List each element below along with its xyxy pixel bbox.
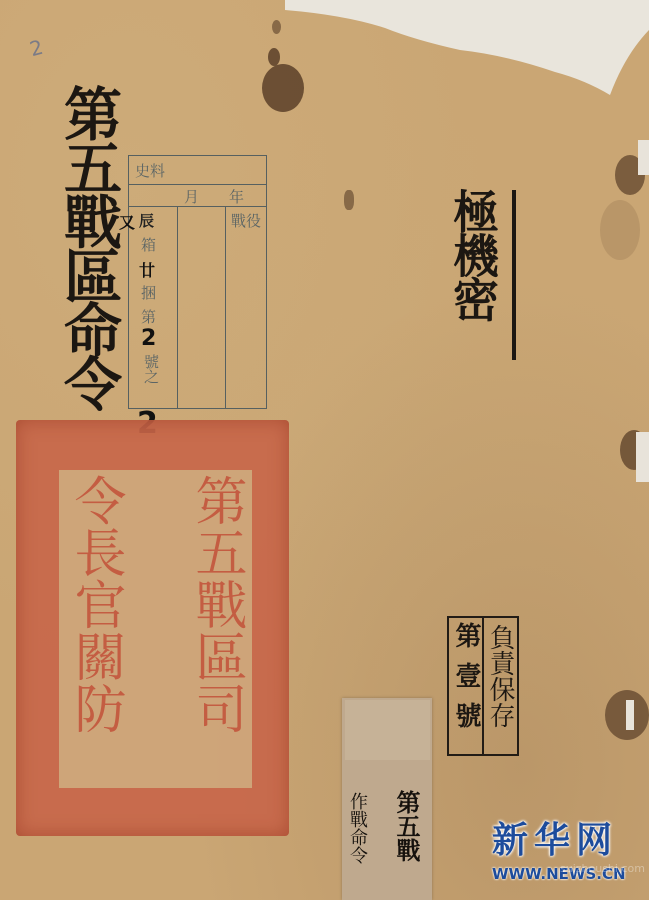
box-label: 箱 bbox=[141, 234, 156, 255]
ink-stain bbox=[268, 48, 280, 66]
stamp-campaign-column: 戰役 bbox=[225, 206, 266, 408]
seal-right-column: 第五戰區司 bbox=[186, 474, 246, 734]
edge-tear bbox=[626, 700, 634, 730]
official-seal: 第五戰區司 令長官關防 bbox=[16, 420, 289, 836]
ink-stain bbox=[262, 64, 304, 112]
spine-label-right: 第五戰 bbox=[392, 790, 420, 862]
secondary-watermark: suizhoushi.com bbox=[560, 862, 645, 875]
stamp-month-label: 月 bbox=[184, 186, 199, 207]
document-title: 第五戰區命令 bbox=[54, 84, 122, 408]
box-code: 辰 bbox=[139, 210, 154, 231]
stamp-header-label: 史料 bbox=[135, 160, 165, 181]
number-prefix: 第 bbox=[141, 306, 156, 327]
stamp-year-label: 年 bbox=[229, 186, 244, 207]
stamp-header-row: 史料 bbox=[129, 156, 266, 185]
stamp-location-column: 又 辰 箱 廿 捆 第 2 號之 2 bbox=[129, 206, 178, 408]
spine-label-left: 作戰命令 bbox=[346, 792, 368, 864]
ink-stain bbox=[272, 20, 281, 34]
water-stain bbox=[600, 200, 640, 260]
campaign-label: 戰役 bbox=[231, 210, 261, 231]
seal-left-column: 令長官關防 bbox=[65, 474, 125, 734]
edge-tear bbox=[638, 140, 649, 175]
label-tape bbox=[345, 700, 430, 760]
classification-label: 極機密 bbox=[446, 188, 500, 320]
archive-stamp: 史料 月 年 又 辰 箱 廿 捆 第 2 號之 2 戰役 bbox=[128, 155, 267, 409]
stamp-blank-column bbox=[177, 206, 226, 408]
custody-divider bbox=[482, 618, 484, 754]
logo-text: 新华网 bbox=[492, 812, 626, 863]
bundle-number: 廿 bbox=[139, 258, 155, 281]
bundle-label: 捆 bbox=[141, 282, 156, 303]
torn-corner bbox=[285, 0, 649, 100]
edge-tear bbox=[636, 432, 649, 482]
custody-number: 第壹號 bbox=[451, 622, 481, 742]
classification-rule bbox=[512, 190, 516, 360]
seal-field: 第五戰區司 令長官關防 bbox=[59, 470, 252, 788]
handwritten-mark: 又 bbox=[119, 210, 135, 233]
custody-box: 負責保存 第壹號 bbox=[447, 616, 519, 756]
number-suffix: 號之 bbox=[141, 354, 162, 384]
ink-stain bbox=[344, 190, 354, 210]
custody-heading: 負責保存 bbox=[485, 624, 515, 728]
stamp-date-row: 月 年 bbox=[129, 184, 266, 207]
number-value: 2 bbox=[141, 326, 156, 351]
